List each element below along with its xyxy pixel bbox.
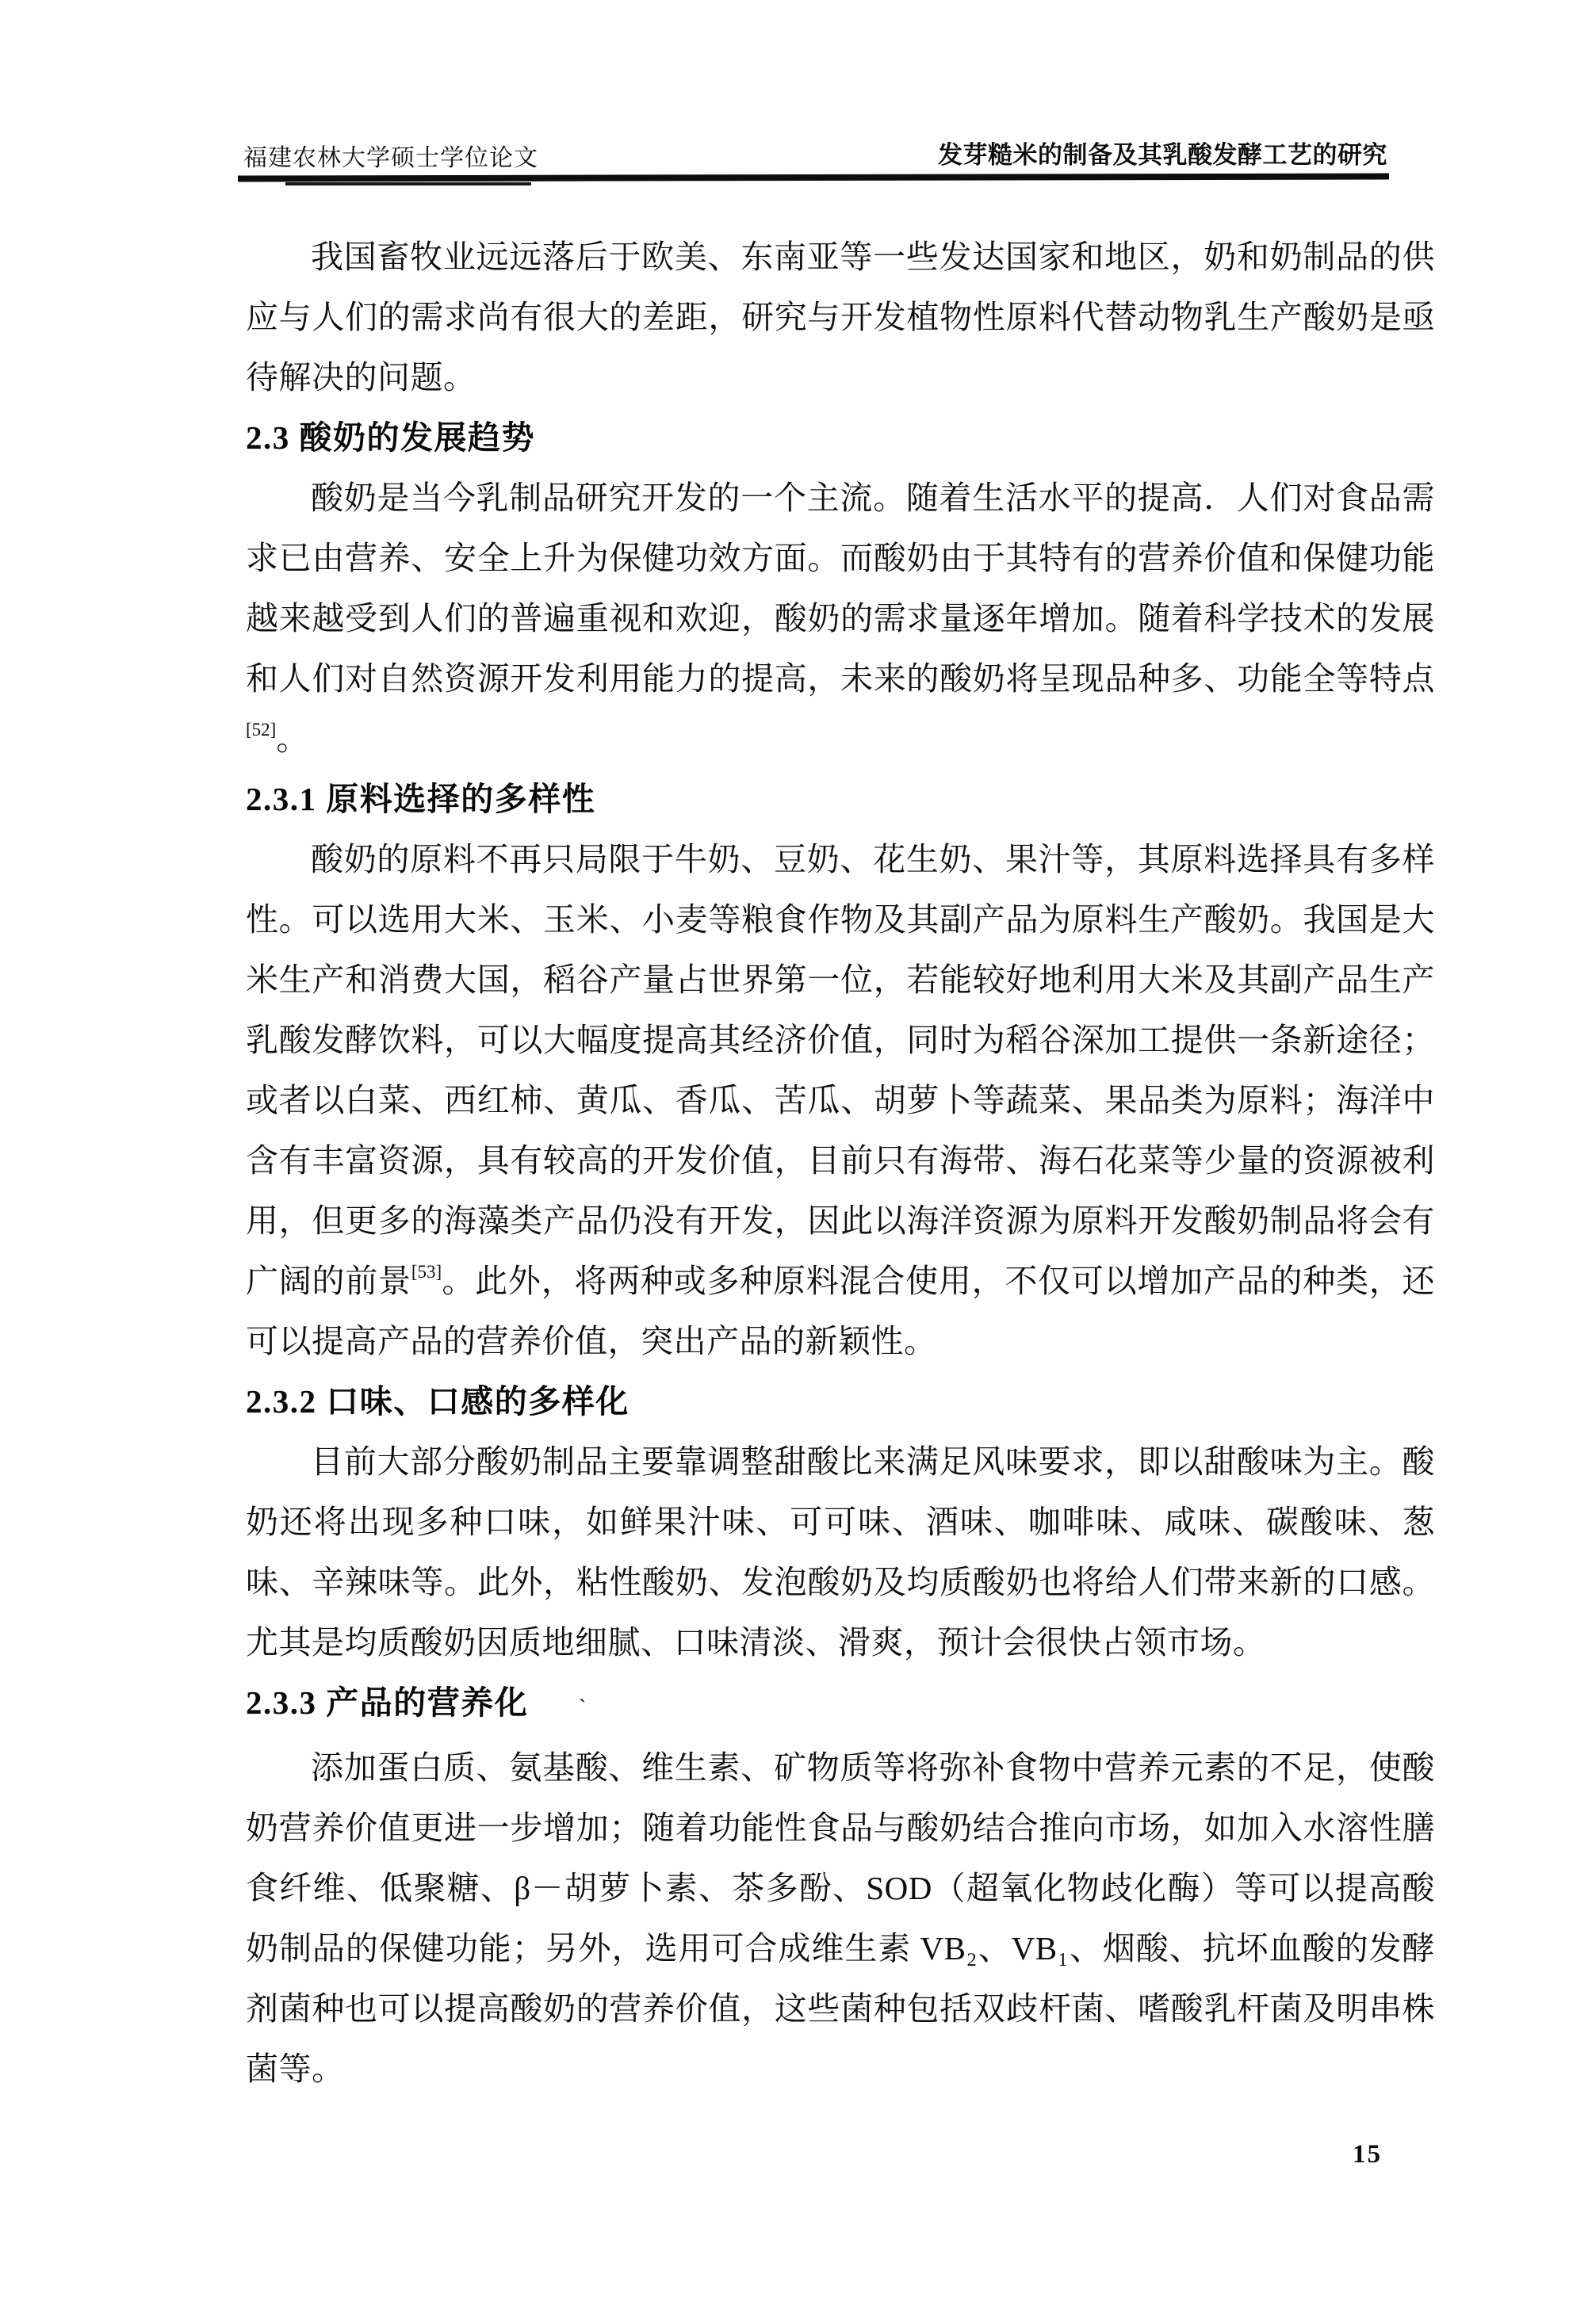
page-number: 15 xyxy=(1353,2140,1382,2169)
citation-ref-53: [53] xyxy=(411,1262,442,1282)
paragraph-text: 酸奶是当今乳制品研究开发的一个主流。随着生活水平的提高．人们对食品需求已由营养、… xyxy=(246,480,1435,697)
header-rule xyxy=(238,173,1389,182)
paragraph-dairy-gap: 我国畜牧业远远落后于欧美、东南亚等一些发达国家和地区，奶和奶制品的供应与人们的需… xyxy=(246,227,1435,407)
section-heading-2-3-3: 2.3.3 产品的营养化ˋ xyxy=(246,1672,1435,1737)
thesis-scanned-page: 福建农林大学硕士学位论文 发芽糙米的制备及其乳酸发酵工艺的研究 我国畜牧业远远落… xyxy=(0,0,1592,2324)
citation-ref-52: [52] xyxy=(246,720,276,740)
paragraph-raw-materials: 酸奶的原料不再只局限于牛奶、豆奶、花生奶、果汁等，其原料选择具有多样性。可以选用… xyxy=(246,829,1435,1371)
paragraph-text-tail: 。 xyxy=(276,721,309,757)
paragraph-flavor-variety: 目前大部分酸奶制品主要靠调整甜酸比来满足风味要求，即以甜酸味为主。酸奶还将出现多… xyxy=(246,1431,1435,1672)
paragraph-text: 酸奶的原料不再只局限于牛奶、豆奶、花生奶、果汁等，其原料选择具有多样性。可以选用… xyxy=(246,841,1435,1299)
stray-scan-mark: ˋ xyxy=(579,1695,586,1718)
section-heading-2-3-2: 2.3.2 口味、口感的多样化 xyxy=(246,1371,1435,1431)
header-rule-smudge xyxy=(285,182,531,185)
paragraph-text: 添加蛋白质、氨基酸、维生素、矿物质等将弥补食物中营养元素的不足，使酸奶营养价值更… xyxy=(246,1749,1435,2087)
paragraph-nutrition: 添加蛋白质、氨基酸、维生素、矿物质等将弥补食物中营养元素的不足，使酸奶营养价值更… xyxy=(246,1737,1435,2099)
header-left-title: 福建农林大学硕士学位论文 xyxy=(243,138,538,173)
section-heading-2-3-1: 2.3.1 原料选择的多样性 xyxy=(246,769,1435,829)
section-heading-text: 2.3.3 产品的营养化 xyxy=(246,1684,528,1721)
section-heading-2-3: 2.3 酸奶的发展趋势 xyxy=(246,407,1435,468)
header-right-title: 发芽糙米的制备及其乳酸发酵工艺的研究 xyxy=(938,135,1387,170)
paragraph-yogurt-trend: 酸奶是当今乳制品研究开发的一个主流。随着生活水平的提高．人们对食品需求已由营养、… xyxy=(246,468,1435,769)
paragraph-text: 目前大部分酸奶制品主要靠调整甜酸比来满足风味要求，即以甜酸味为主。酸奶还将出现多… xyxy=(246,1443,1435,1661)
page-body: 我国畜牧业远远落后于欧美、东南亚等一些发达国家和地区，奶和奶制品的供应与人们的需… xyxy=(246,227,1435,2099)
paragraph-text: 我国畜牧业远远落后于欧美、东南亚等一些发达国家和地区，奶和奶制品的供应与人们的需… xyxy=(246,239,1435,396)
